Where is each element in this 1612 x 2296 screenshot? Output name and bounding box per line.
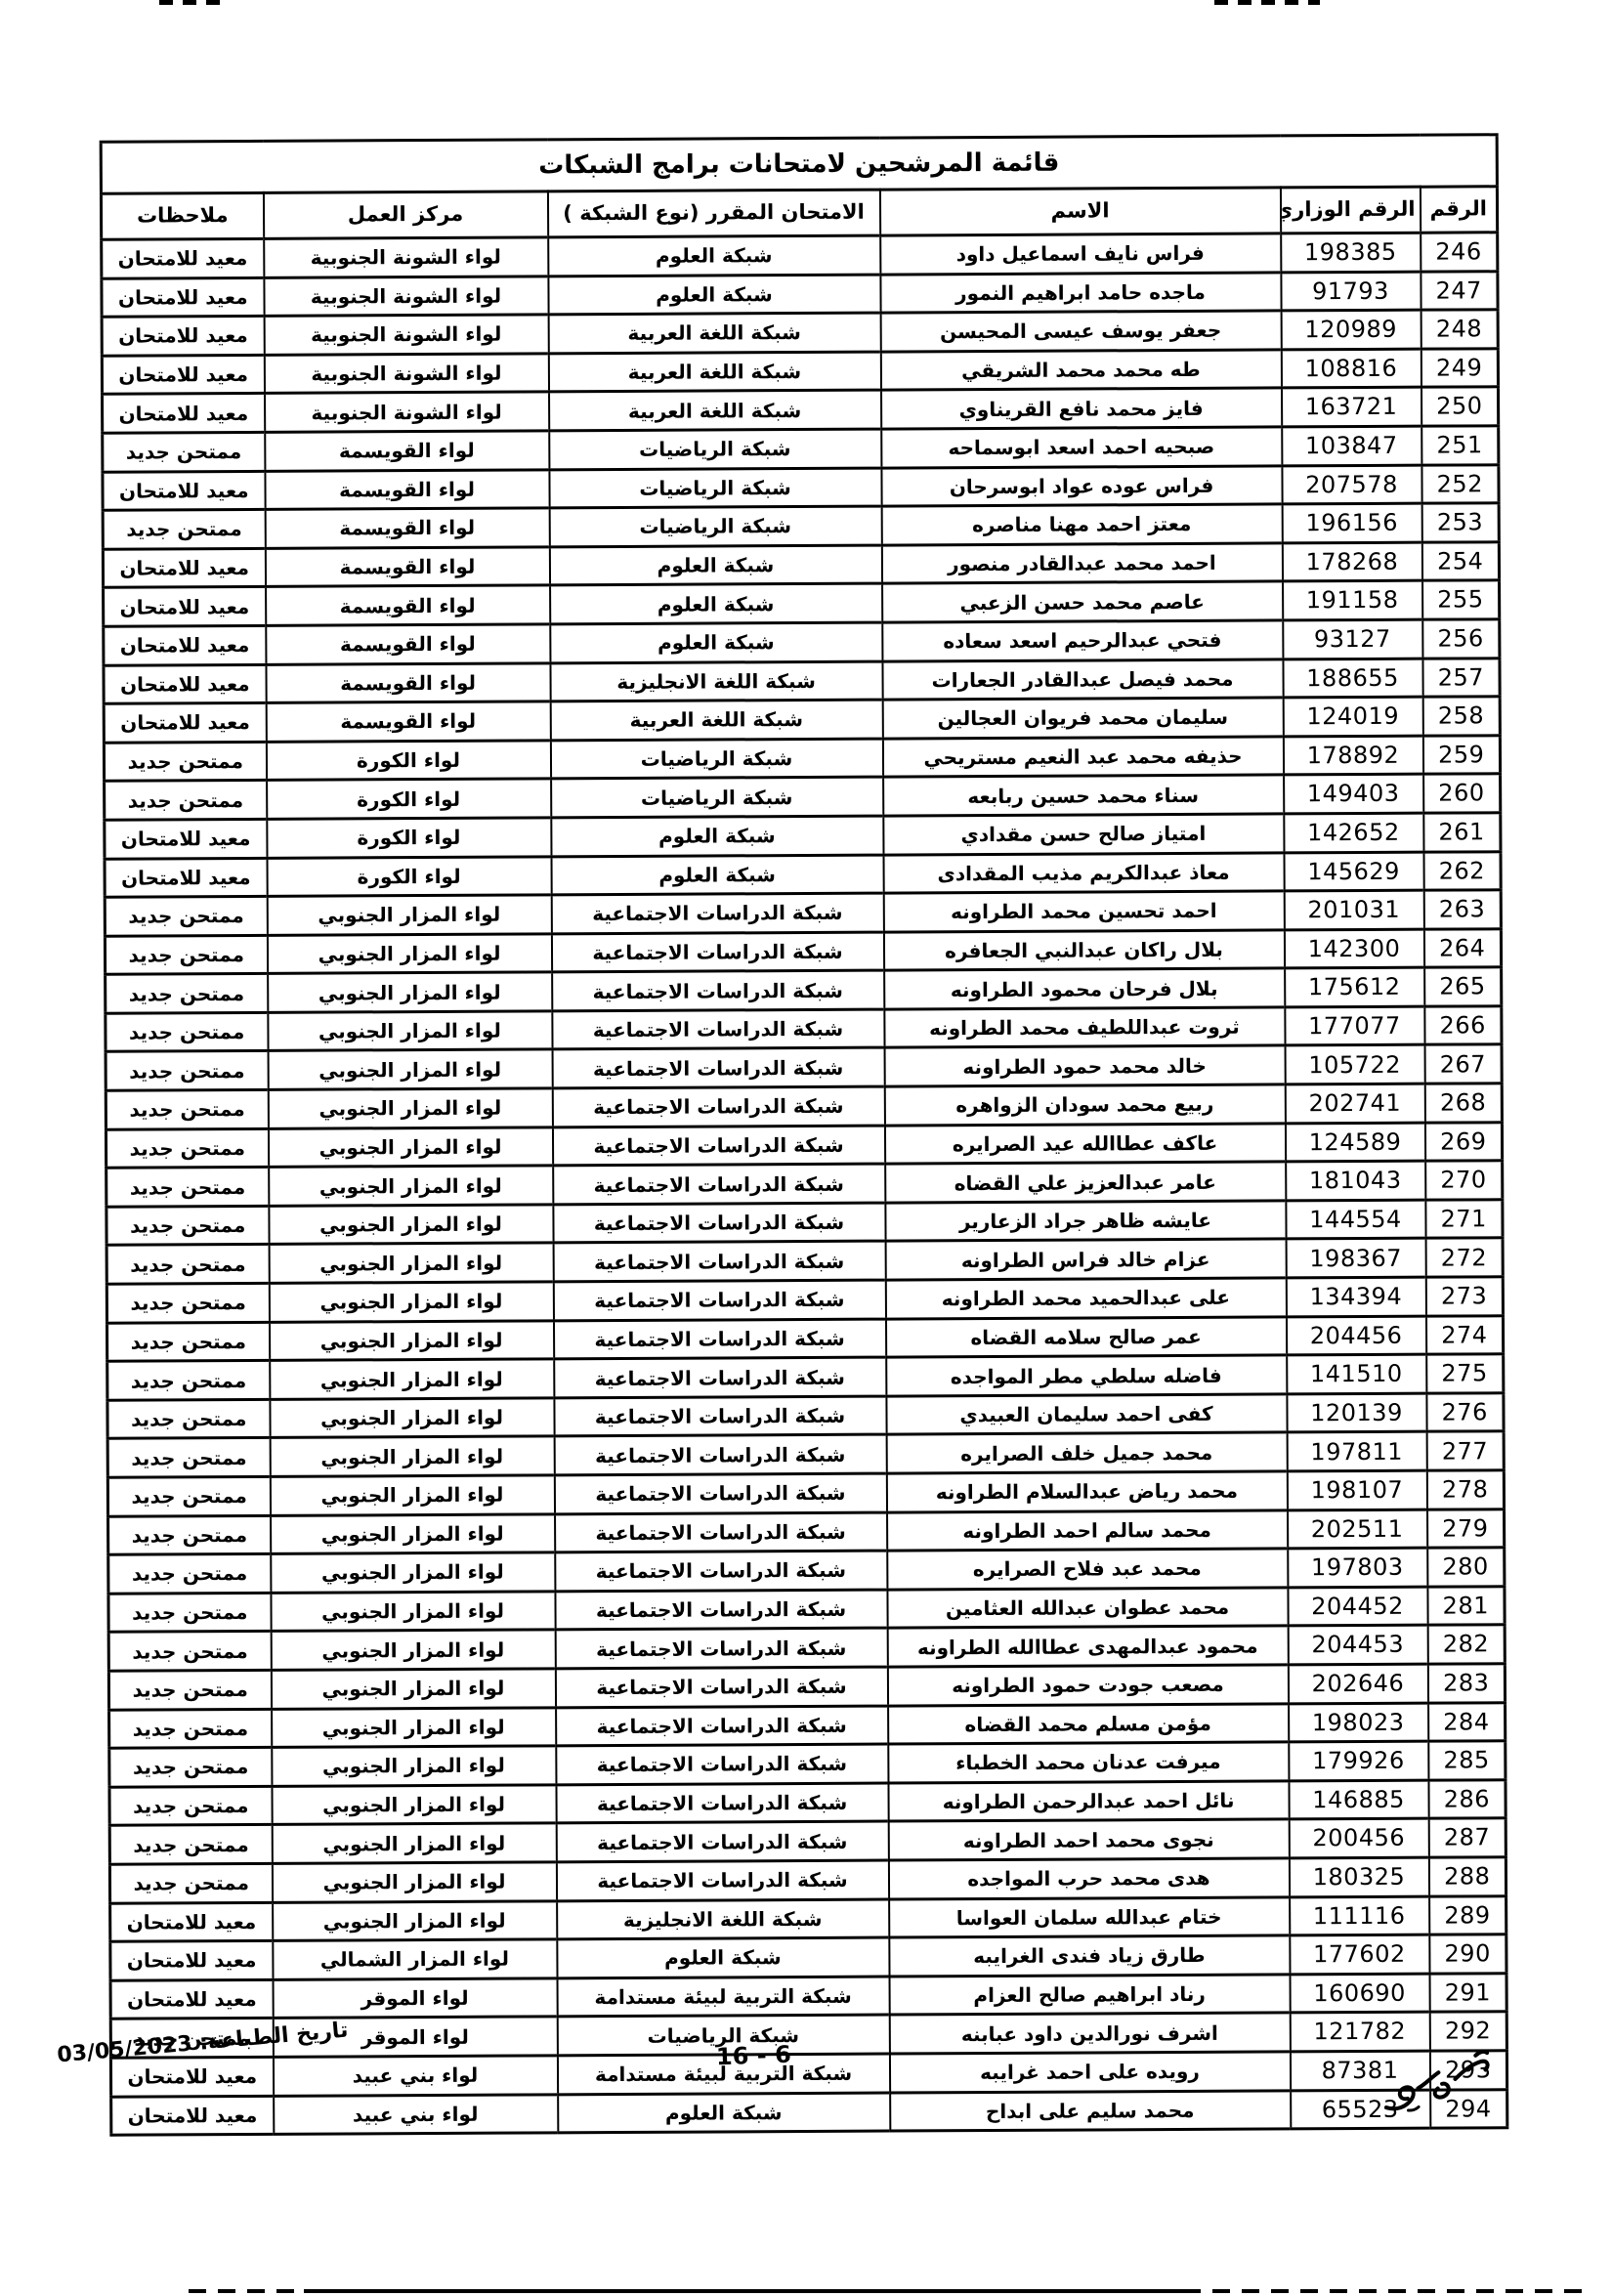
column-header-name: الاسم	[879, 188, 1280, 235]
name-cell: محمد جميل خلف الصرايره	[886, 1432, 1287, 1473]
table-body: 246198385فراس نايف اسماعيل داودشبكة العل…	[102, 233, 1507, 2136]
note-cell: معيد للامتحان	[103, 548, 265, 587]
ministry-number-cell: 141510	[1287, 1354, 1426, 1393]
note-cell: معيد للامتحان	[110, 1940, 273, 1979]
name-cell: نائل احمد عبدالرحمن الطراونه	[888, 1781, 1289, 1822]
work-center-cell: لواء المزار الجنوبي	[271, 1513, 555, 1553]
ministry-number-cell: 200456	[1289, 1819, 1428, 1858]
work-center-cell: لواء المزار الجنوبي	[272, 1823, 556, 1863]
note-cell: ممتحن جديد	[106, 974, 268, 1013]
name-cell: طارق زياد فندى الغرايبه	[889, 1935, 1290, 1977]
note-cell: ممتحن جديد	[106, 1012, 268, 1051]
work-center-cell: لواء المزار الجنوبي	[272, 1862, 556, 1902]
row-number-cell: 283	[1427, 1664, 1505, 1703]
work-center-cell: لواء المزار الجنوبي	[268, 1049, 552, 1089]
note-cell: ممتحن جديد	[104, 742, 266, 781]
note-cell: ممتحن جديد	[106, 1051, 268, 1090]
work-center-cell: لواء القويسمة	[266, 662, 550, 702]
work-center-cell: لواء الشونة الجنوبية	[264, 354, 548, 394]
work-center-cell: لواء المزار الجنوبي	[270, 1436, 554, 1476]
work-center-cell: لواء المزار الجنوبي	[269, 1205, 553, 1245]
row-number-cell: 248	[1421, 310, 1498, 349]
work-center-cell: لواء المزار الشمالي	[273, 1939, 557, 1979]
exam-network-cell: شبكة الدراسات الاجتماعية	[552, 970, 884, 1010]
ministry-number-cell: 134394	[1286, 1277, 1425, 1316]
name-cell: محمد رياض عبدالسلام الطراونه	[886, 1471, 1287, 1512]
ministry-number-cell: 103847	[1282, 426, 1421, 465]
note-cell: معيد للامتحان	[104, 625, 266, 664]
work-center-cell: لواء الكورة	[267, 856, 551, 896]
table-row: 29465523محمد سليم على ابداحشبكة العلوملو…	[111, 2089, 1507, 2135]
row-number-cell: 288	[1428, 1857, 1506, 1896]
work-center-cell: لواء المزار الجنوبي	[268, 1088, 552, 1128]
ministry-number-cell: 179926	[1289, 1741, 1428, 1780]
column-header-exam-network: الامتحان المقرر (نوع الشبكة )	[547, 190, 879, 237]
row-number-cell: 289	[1429, 1895, 1506, 1935]
row-number-cell: 284	[1428, 1702, 1506, 1741]
row-number-cell: 272	[1425, 1238, 1503, 1277]
note-cell: معيد للامتحان	[104, 664, 266, 703]
ministry-number-cell: 175612	[1285, 967, 1424, 1006]
ministry-number-cell: 207578	[1282, 465, 1421, 504]
work-center-cell: لواء المزار الجنوبي	[270, 1359, 554, 1399]
note-cell: ممتحن جديد	[108, 1593, 271, 1632]
name-cell: على عبدالحميد محمد الطراونه	[885, 1278, 1286, 1319]
note-cell: معيد للامتحان	[103, 471, 265, 510]
row-number-cell: 273	[1425, 1277, 1503, 1316]
exam-network-cell: شبكة الدراسات الاجتماعية	[554, 1396, 886, 1436]
ministry-number-cell: 120989	[1281, 310, 1421, 349]
work-center-cell: لواء الكورة	[266, 741, 550, 781]
note-cell: ممتحن جديد	[109, 1786, 272, 1825]
ministry-number-cell: 124019	[1283, 697, 1422, 736]
scan-mark-top-right	[1214, 0, 1320, 5]
exam-network-cell: شبكة الدراسات الاجتماعية	[554, 1434, 886, 1474]
exam-network-cell: شبكة الرياضيات	[549, 429, 881, 469]
note-cell: ممتحن جديد	[107, 1438, 270, 1477]
exam-network-cell: شبكة اللغة الانجليزية	[557, 1899, 889, 1939]
name-cell: عايشه ظاهر جراد الزعارير	[885, 1201, 1286, 1242]
work-center-cell: لواء المزار الجنوبي	[269, 1320, 553, 1360]
row-number-cell: 255	[1422, 580, 1500, 619]
exam-network-cell: شبكة العلوم	[548, 235, 880, 276]
exam-network-cell: شبكة اللغة الانجليزية	[550, 661, 882, 702]
name-cell: محمد سليم على ابداح	[890, 2090, 1291, 2131]
name-cell: محمود عبدالمهدى عطاالله الطراونه	[887, 1626, 1288, 1667]
exam-network-cell: شبكة العلوم	[551, 855, 883, 895]
exam-network-cell: شبكة الدراسات الاجتماعية	[555, 1590, 887, 1630]
exam-network-cell: شبكة الدراسات الاجتماعية	[553, 1203, 885, 1243]
note-cell: ممتحن جديد	[106, 1206, 269, 1245]
name-cell: بلال فرحان محمود الطراونه	[884, 968, 1285, 1009]
ministry-number-cell: 111116	[1290, 1896, 1429, 1935]
ministry-number-cell: 146885	[1289, 1780, 1428, 1819]
work-center-cell: لواء المزار الجنوبي	[272, 1707, 556, 1747]
name-cell: نجوى محمد احمد الطراونه	[888, 1819, 1289, 1860]
ministry-number-cell: 121782	[1290, 2012, 1429, 2051]
ministry-number-cell: 181043	[1286, 1161, 1425, 1200]
name-cell: بلال راكان عبدالنبي الجعافره	[883, 930, 1284, 971]
ministry-number-cell: 142652	[1284, 813, 1423, 852]
ministry-number-cell: 163721	[1282, 388, 1421, 427]
ministry-number-cell: 204456	[1286, 1316, 1425, 1355]
name-cell: ربيع محمد سودان الزواهره	[884, 1084, 1285, 1126]
name-cell: فاضله سلطي مطر المواجده	[886, 1355, 1287, 1396]
exam-network-cell: شبكة الدراسات الاجتماعية	[556, 1860, 888, 1900]
ministry-number-cell: 197811	[1287, 1432, 1426, 1471]
note-cell: معيد للامتحان	[105, 858, 267, 897]
work-center-cell: لواء المزار الجنوبي	[269, 1282, 553, 1322]
exam-network-cell: شبكة الدراسات الاجتماعية	[552, 1086, 884, 1127]
exam-network-cell: شبكة الدراسات الاجتماعية	[555, 1512, 887, 1552]
row-number-cell: 275	[1426, 1354, 1504, 1393]
exam-network-cell: شبكة العلوم	[548, 275, 880, 315]
scan-mark-top-left	[159, 0, 228, 5]
ministry-number-cell: 145629	[1284, 852, 1423, 891]
row-number-cell: 261	[1423, 813, 1501, 852]
ministry-number-cell: 120139	[1287, 1393, 1426, 1432]
exam-network-cell: شبكة الدراسات الاجتماعية	[553, 1280, 885, 1320]
exam-network-cell: شبكة الدراسات الاجتماعية	[555, 1667, 887, 1707]
exam-network-cell: شبكة الدراسات الاجتماعية	[554, 1357, 886, 1397]
name-cell: ثروت عبداللطيف محمد الطراونه	[884, 1007, 1285, 1048]
exam-network-cell: شبكة الدراسات الاجتماعية	[551, 893, 883, 933]
name-cell: عامر عبدالعزيز علي القضاه	[885, 1162, 1286, 1203]
scan-mark-bottom-right	[1183, 2289, 1593, 2293]
note-cell: ممتحن جديد	[107, 1399, 270, 1438]
row-number-cell: 276	[1426, 1393, 1504, 1432]
note-cell: معيد للامتحان	[102, 355, 264, 394]
name-cell: فتحي عبدالرحيم اسعد سعاده	[882, 620, 1283, 661]
work-center-cell: لواء المزار الجنوبي	[273, 1900, 557, 1940]
exam-network-cell: شبكة الدراسات الاجتماعية	[556, 1783, 888, 1823]
exam-network-cell: شبكة الدراسات الاجتماعية	[556, 1821, 888, 1861]
ministry-number-cell: 198385	[1281, 233, 1421, 272]
note-cell: ممتحن جديد	[108, 1632, 271, 1671]
row-number-cell: 286	[1428, 1779, 1506, 1818]
note-cell: معيد للامتحان	[110, 2057, 273, 2096]
note-cell: ممتحن جديد	[107, 1476, 270, 1515]
name-cell: محمد فيصل عبدالقادر الجعارات	[882, 659, 1283, 700]
row-number-cell: 281	[1427, 1587, 1505, 1626]
ministry-number-cell: 178268	[1282, 542, 1421, 581]
name-cell: فراس عوده عواد ابوسرحان	[881, 465, 1282, 506]
exam-network-cell: شبكة الرياضيات	[551, 777, 883, 817]
work-center-cell: لواء المزار الجنوبي	[268, 972, 552, 1012]
exam-network-cell: شبكة العلوم	[558, 2093, 890, 2133]
row-number-cell: 257	[1422, 658, 1500, 697]
name-cell: ميرفت عدنان محمد الخطباء	[888, 1742, 1289, 1783]
exam-network-cell: شبكة الدراسات الاجتماعية	[555, 1628, 887, 1668]
row-number-cell: 267	[1424, 1044, 1502, 1084]
row-number-cell: 250	[1421, 387, 1499, 426]
work-center-cell: لواء المزار الجنوبي	[270, 1475, 554, 1515]
exam-network-cell: شبكة الدراسات الاجتماعية	[552, 1009, 884, 1049]
name-cell: محمد عبد فلاح الصرايره	[887, 1549, 1288, 1590]
row-number-cell: 277	[1426, 1431, 1504, 1470]
ministry-number-cell: 198107	[1287, 1470, 1426, 1509]
row-number-cell: 266	[1424, 1006, 1502, 1045]
work-center-cell: لواء المزار الجنوبي	[269, 1166, 553, 1206]
work-center-cell: لواء الشونة الجنوبية	[264, 315, 548, 355]
exam-network-cell: شبكة اللغة العربية	[550, 700, 882, 740]
column-header-number: الرقم	[1420, 187, 1497, 233]
row-number-cell: 262	[1423, 851, 1501, 890]
row-number-cell: 251	[1421, 426, 1499, 465]
work-center-cell: لواء الكورة	[267, 779, 551, 819]
note-cell: معيد للامتحان	[105, 819, 267, 858]
name-cell: طه محمد محمد الشريقي	[880, 350, 1281, 391]
note-cell: معيد للامتحان	[102, 317, 264, 356]
name-cell: صبحيه احمد اسعد ابوسماحه	[881, 427, 1282, 468]
ministry-number-cell: 197803	[1288, 1548, 1427, 1587]
ministry-number-cell: 91793	[1281, 272, 1421, 311]
table-title: قائمة المرشحين لامتحانات برامج الشبكات	[101, 135, 1497, 193]
name-cell: ختام عبدالله سلمان العواسا	[889, 1896, 1290, 1937]
note-cell: ممتحن جديد	[105, 896, 267, 935]
work-center-cell: لواء المزار الجنوبي	[270, 1398, 554, 1438]
name-cell: فراس نايف اسماعيل داود	[880, 234, 1281, 275]
work-center-cell: لواء المزار الجنوبي	[268, 1127, 552, 1168]
row-number-cell: 291	[1429, 1973, 1506, 2012]
name-cell: عاصم محمد حسن الزعبي	[882, 581, 1283, 622]
work-center-cell: لواء الشونة الجنوبية	[264, 237, 548, 277]
exam-network-cell: شبكة العلوم	[550, 622, 882, 662]
row-number-cell: 260	[1423, 774, 1501, 813]
row-number-cell: 280	[1427, 1548, 1505, 1587]
work-center-cell: لواء القويسمة	[266, 702, 550, 742]
scan-mark-bottom-left	[189, 2289, 304, 2293]
ministry-number-cell: 105722	[1285, 1045, 1424, 1084]
scanned-document-page: { "document": { "title": "قائمة المرشحين…	[0, 0, 1612, 2296]
work-center-cell: لواء المزار الجنوبي	[269, 1243, 553, 1283]
row-number-cell: 268	[1424, 1084, 1502, 1123]
ministry-number-cell: 177077	[1285, 1006, 1424, 1045]
note-cell: ممتحن جديد	[105, 935, 267, 974]
note-cell: ممتحن جديد	[108, 1554, 271, 1594]
row-number-cell: 256	[1422, 619, 1500, 659]
note-cell: معيد للامتحان	[111, 2096, 274, 2135]
note-cell: معيد للامتحان	[110, 1902, 273, 1941]
scan-mark-bottom-center	[304, 2289, 1183, 2293]
row-number-cell: 252	[1421, 464, 1499, 503]
work-center-cell: لواء المزار الجنوبي	[271, 1552, 555, 1593]
ministry-number-cell: 198367	[1286, 1239, 1425, 1278]
candidates-table: قائمة المرشحين لامتحانات برامج الشبكات ا…	[100, 133, 1509, 2137]
ministry-number-cell: 202646	[1288, 1664, 1427, 1703]
ministry-number-cell: 204453	[1288, 1626, 1427, 1665]
column-header-work-center: مركز العمل	[263, 191, 547, 239]
name-cell: معاذ عبدالكريم مذيب المقدادى	[883, 852, 1284, 893]
row-number-cell: 254	[1421, 542, 1499, 581]
note-cell: معيد للامتحان	[103, 394, 265, 433]
work-center-cell: لواء المزار الجنوبي	[272, 1785, 556, 1825]
work-center-cell: لواء المزار الجنوبي	[271, 1669, 555, 1709]
work-center-cell: لواء الشونة الجنوبية	[265, 392, 549, 432]
exam-network-cell: شبكة العلوم	[557, 1937, 889, 1977]
column-header-ministry-number: الرقم الوزاري	[1280, 187, 1420, 234]
row-number-cell: 279	[1427, 1509, 1505, 1548]
note-cell: ممتحن جديد	[105, 781, 267, 820]
page-number: 16 - 6	[716, 2041, 792, 2071]
row-number-cell: 290	[1429, 1935, 1506, 1974]
name-cell: امتياز صالح حسن مقدادي	[883, 814, 1284, 855]
ministry-number-cell: 108816	[1281, 349, 1421, 388]
row-number-cell: 258	[1422, 697, 1500, 736]
name-cell: عزام خالد فراس الطراونه	[885, 1239, 1286, 1280]
ministry-number-cell: 177602	[1290, 1935, 1429, 1974]
note-cell: ممتحن جديد	[103, 510, 265, 549]
row-number-cell: 287	[1428, 1818, 1506, 1857]
work-center-cell: لواء بني عبيد	[274, 2094, 558, 2134]
work-center-cell: لواء المزار الجنوبي	[272, 1746, 556, 1786]
note-cell: ممتحن جديد	[106, 1322, 269, 1361]
note-cell: معيد للامتحان	[102, 238, 264, 277]
exam-network-cell: شبكة الدراسات الاجتماعية	[553, 1242, 885, 1282]
row-number-cell: 285	[1428, 1741, 1506, 1780]
name-cell: كفى احمد سليمان العبيدي	[886, 1394, 1287, 1435]
ministry-number-cell: 149403	[1284, 774, 1423, 813]
row-number-cell: 247	[1421, 271, 1498, 310]
work-center-cell: لواء القويسمة	[265, 431, 549, 471]
name-cell: سناء محمد حسين ربابعه	[883, 775, 1284, 816]
exam-network-cell: شبكة اللغة العربية	[548, 352, 880, 392]
note-cell: معيد للامتحان	[104, 587, 266, 626]
name-cell: مؤمن مسلم محمد القضاه	[888, 1703, 1289, 1744]
exam-network-cell: شبكة الدراسات الاجتماعية	[553, 1319, 885, 1359]
exam-network-cell: شبكة العلوم	[551, 816, 883, 856]
ministry-number-cell: 124589	[1285, 1123, 1424, 1162]
work-center-cell: لواء القويسمة	[265, 508, 549, 548]
exam-network-cell: شبكة التربية لبيئة مستدامة	[557, 1977, 889, 2017]
work-center-cell: لواء المزار الجنوبي	[268, 1011, 552, 1051]
work-center-cell: لواء الكورة	[267, 818, 551, 858]
row-number-cell: 282	[1427, 1625, 1505, 1664]
work-center-cell: لواء بني عبيد	[273, 2056, 557, 2096]
work-center-cell: لواء المزار الجنوبي	[267, 895, 551, 935]
note-cell: ممتحن جديد	[109, 1709, 272, 1748]
name-cell: فايز محمد نافع القريناوي	[881, 388, 1282, 429]
note-cell: ممتحن جديد	[108, 1670, 271, 1709]
name-cell: رناد ابراهيم صالح العزام	[889, 1975, 1290, 2016]
note-cell: ممتحن جديد	[106, 1168, 269, 1207]
name-cell: محمد سالم احمد الطراونه	[887, 1510, 1288, 1552]
ministry-number-cell: 142300	[1284, 929, 1423, 968]
exam-network-cell: شبكة الدراسات الاجتماعية	[554, 1473, 886, 1513]
note-cell: معيد للامتحان	[104, 703, 266, 743]
exam-network-cell: شبكة اللغة العربية	[549, 390, 881, 430]
row-number-cell: 274	[1425, 1315, 1503, 1354]
exam-network-cell: شبكة اللغة العربية	[548, 313, 880, 353]
ministry-number-cell: 180325	[1289, 1857, 1428, 1896]
note-cell: ممتحن جديد	[106, 1128, 268, 1168]
name-cell: معتز احمد مهنا مناصره	[881, 504, 1282, 545]
exam-network-cell: شبكة الدراسات الاجتماعية	[552, 1048, 884, 1088]
note-cell: ممتحن جديد	[106, 1089, 268, 1128]
table-header-row: الرقم الرقم الوزاري الاسم الامتحان المقر…	[101, 187, 1497, 239]
ministry-number-cell: 188655	[1283, 659, 1422, 698]
name-cell: مصعب جودت حمود الطراونه	[887, 1665, 1288, 1706]
work-center-cell: لواء القويسمة	[266, 624, 550, 664]
exam-network-cell: شبكة الدراسات الاجتماعية	[552, 1126, 884, 1166]
work-center-cell: لواء الموقر	[273, 1978, 557, 2019]
name-cell: عمر صالح سلامه القضاه	[885, 1317, 1286, 1358]
name-cell: جعفر يوسف عيسى المحيسن	[880, 311, 1281, 352]
work-center-cell: لواء المزار الجنوبي	[267, 934, 551, 974]
exam-network-cell: شبكة الدراسات الاجتماعية	[556, 1706, 888, 1746]
name-cell: احمد تحسين محمد الطراونه	[883, 891, 1284, 932]
name-cell: ماجده حامد ابراهيم النمور	[880, 273, 1281, 314]
note-cell: ممتحن جديد	[109, 1825, 272, 1864]
work-center-cell: لواء القويسمة	[265, 469, 549, 509]
exam-network-cell: شبكة الدراسات الاجتماعية	[556, 1744, 888, 1784]
note-cell: ممتحن جديد	[106, 1283, 269, 1322]
row-number-cell: 246	[1421, 233, 1498, 272]
exam-network-cell: شبكة العلوم	[550, 583, 882, 623]
name-cell: رويده على احمد غرايبه	[889, 2052, 1290, 2093]
ministry-number-cell: 160690	[1290, 1974, 1429, 2013]
ministry-number-cell: 202741	[1285, 1084, 1424, 1123]
exam-network-cell: شبكة الدراسات الاجتماعية	[553, 1164, 885, 1204]
ministry-number-cell: 202511	[1288, 1509, 1427, 1549]
work-center-cell: لواء المزار الجنوبي	[271, 1592, 555, 1632]
exam-network-cell: شبكة الرياضيات	[549, 468, 881, 508]
ministry-number-cell: 196156	[1282, 503, 1421, 542]
note-cell: ممتحن جديد	[108, 1515, 271, 1554]
note-cell: ممتحن جديد	[106, 1245, 269, 1284]
work-center-cell: لواء الشونة الجنوبية	[264, 276, 548, 316]
note-cell: معيد للامتحان	[102, 277, 264, 317]
row-number-cell: 264	[1423, 928, 1501, 967]
name-cell: هدى محمد حرب المواجده	[888, 1858, 1289, 1899]
name-cell: سليمان محمد فريوان العجالين	[882, 698, 1283, 739]
table-title-row: قائمة المرشحين لامتحانات برامج الشبكات	[101, 135, 1497, 193]
work-center-cell: لواء القويسمة	[265, 547, 549, 587]
row-number-cell: 270	[1425, 1161, 1503, 1200]
column-header-notes: ملاحظات	[101, 192, 263, 239]
exam-network-cell: شبكة الرياضيات	[550, 739, 882, 779]
row-number-cell: 269	[1424, 1122, 1502, 1161]
exam-network-cell: شبكة الرياضيات	[549, 506, 881, 546]
note-cell: ممتحن جديد	[107, 1361, 270, 1400]
ministry-number-cell: 144554	[1286, 1200, 1425, 1239]
name-cell: محمد عطوان عبدالله العثامين	[887, 1588, 1288, 1629]
row-number-cell: 253	[1421, 503, 1499, 542]
row-number-cell: 263	[1423, 890, 1501, 929]
exam-network-cell: شبكة الدراسات الاجتماعية	[555, 1551, 887, 1591]
ministry-number-cell: 201031	[1284, 890, 1423, 929]
ministry-number-cell: 93127	[1283, 619, 1422, 659]
row-number-cell: 271	[1425, 1200, 1503, 1239]
ministry-number-cell: 178892	[1283, 736, 1422, 775]
row-number-cell: 259	[1422, 735, 1500, 774]
exam-network-cell: شبكة العلوم	[549, 545, 881, 585]
note-cell: ممتحن جديد	[109, 1863, 272, 1902]
ministry-number-cell: 191158	[1283, 581, 1422, 620]
work-center-cell: لواء القويسمة	[266, 585, 550, 625]
ministry-number-cell: 198023	[1289, 1703, 1428, 1742]
name-cell: اشرف نورالدين داود عبابنه	[889, 2013, 1290, 2054]
row-number-cell: 249	[1421, 349, 1498, 388]
row-number-cell: 265	[1424, 967, 1502, 1006]
name-cell: عاكف عطاالله عيد الصرايره	[884, 1124, 1285, 1165]
exam-network-cell: شبكة الدراسات الاجتماعية	[551, 932, 883, 972]
ministry-number-cell: 204452	[1288, 1587, 1427, 1626]
note-cell: ممتحن جديد	[103, 432, 265, 471]
work-center-cell: لواء المزار الجنوبي	[271, 1630, 555, 1670]
name-cell: حذيفه محمد عبد النعيم مستريحي	[882, 737, 1283, 778]
name-cell: احمد محمد عبدالقادر منصور	[881, 543, 1282, 584]
